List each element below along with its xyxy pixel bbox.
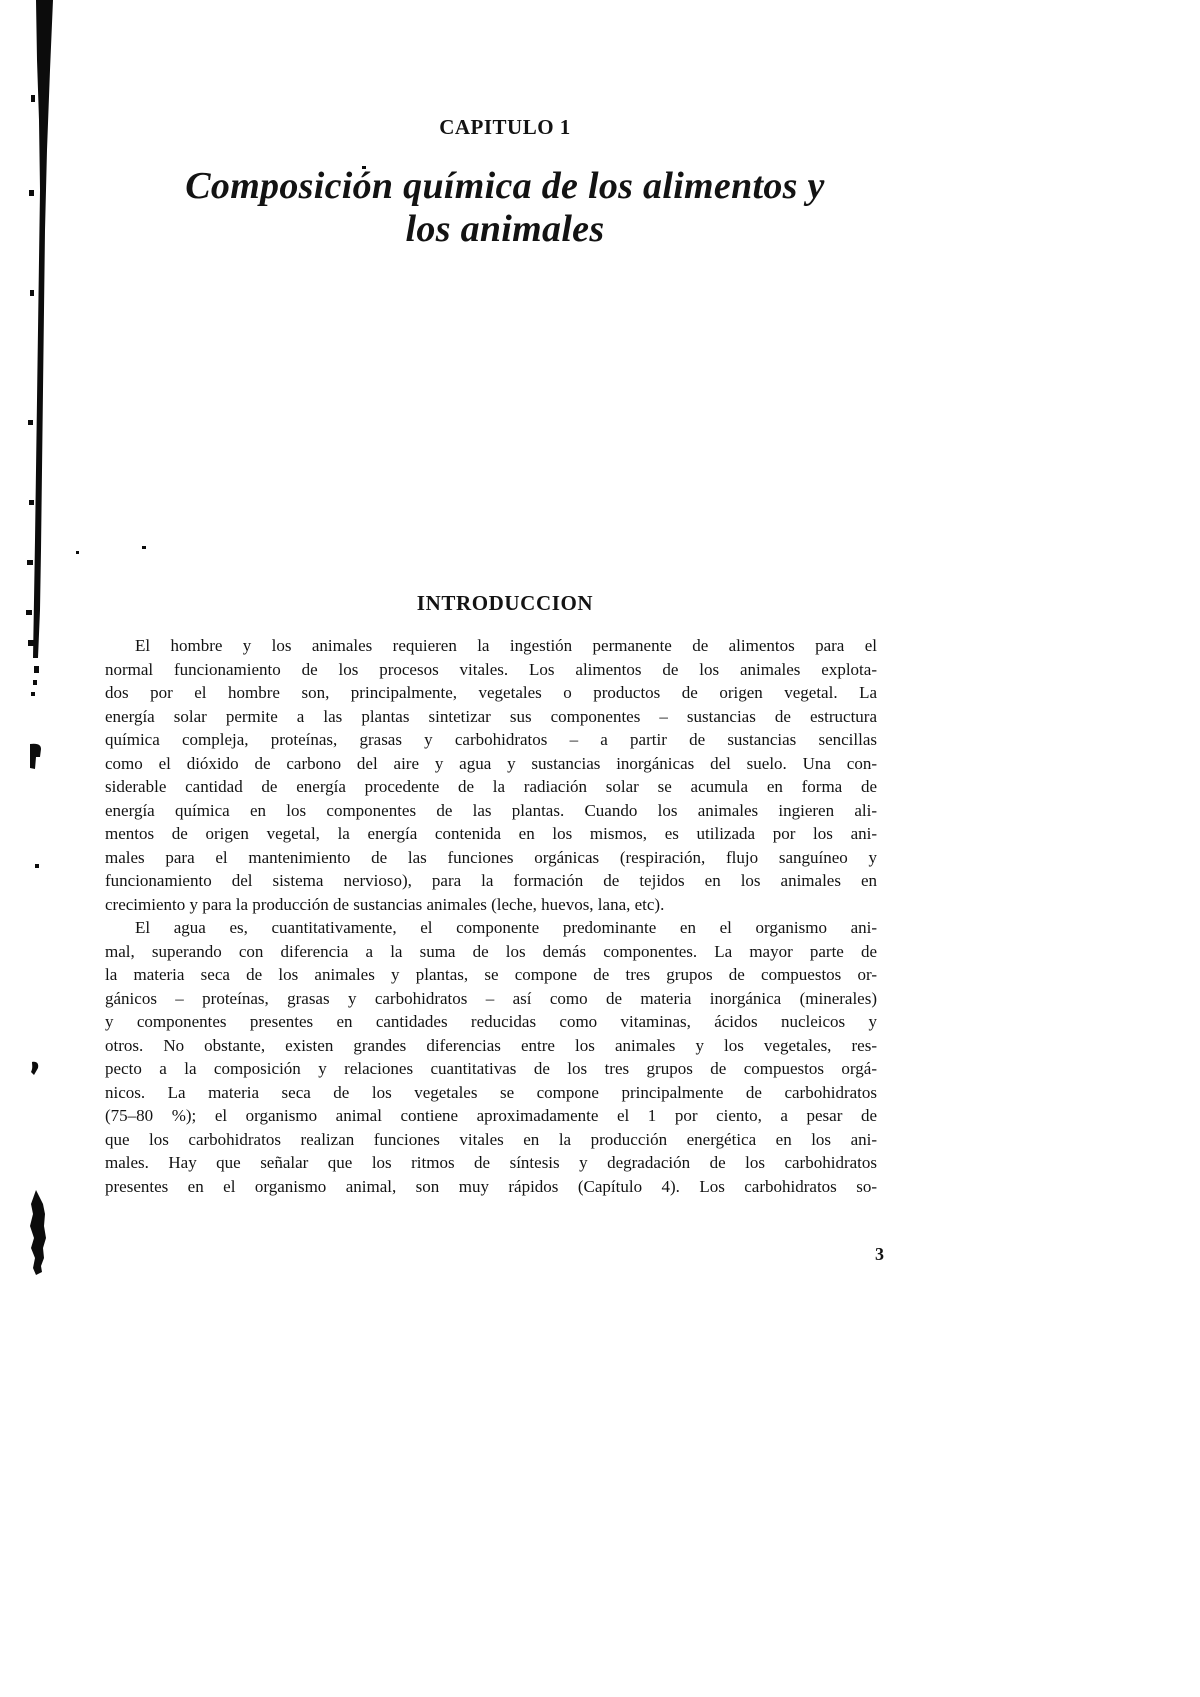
section-heading: INTRODUCCION bbox=[105, 591, 905, 616]
chapter-title-line2: los animales bbox=[406, 208, 605, 250]
body-text-line: como el dióxido de carbono del aire y ag… bbox=[105, 752, 877, 776]
chapter-label: CAPITULO 1 bbox=[105, 115, 905, 140]
body-text-line: mal, superando con diferencia a la suma … bbox=[105, 940, 877, 964]
body-text-line: mentos de origen vegetal, la energía con… bbox=[105, 822, 877, 846]
chapter-title-line1: Composición química de los alimentos y bbox=[185, 165, 824, 207]
body-text-line: males. Hay que señalar que los ritmos de… bbox=[105, 1151, 877, 1175]
body-text-line: pecto a la composición y relaciones cuan… bbox=[105, 1057, 877, 1081]
scanned-book-page: CAPITULO 1 Composición química de los al… bbox=[0, 0, 1200, 1697]
body-text-line: nicos. La materia seca de los vegetales … bbox=[105, 1081, 877, 1105]
body-text-line: energía química en los componentes de la… bbox=[105, 799, 877, 823]
scan-bar-shape bbox=[33, 0, 53, 658]
body-text-line: presentes en el organismo animal, son mu… bbox=[105, 1175, 877, 1199]
body-text-line: El agua es, cuantitativamente, el compon… bbox=[105, 916, 877, 940]
body-text-line: química compleja, proteínas, grasas y ca… bbox=[105, 728, 877, 752]
body-text-line: males para el mantenimiento de las funci… bbox=[105, 846, 877, 870]
body-text-line: El hombre y los animales requieren la in… bbox=[105, 634, 877, 658]
body-text-line: crecimiento y para la producción de sust… bbox=[105, 893, 877, 917]
paragraph: El agua es, cuantitativamente, el compon… bbox=[105, 916, 877, 1198]
body-text-line: la materia seca de los animales y planta… bbox=[105, 963, 877, 987]
body-text-line: normal funcionamiento de los procesos vi… bbox=[105, 658, 877, 682]
page-number: 3 bbox=[856, 1244, 884, 1265]
body-text-line: que los carbohidratos realizan funciones… bbox=[105, 1128, 877, 1152]
scan-blob-bottom bbox=[30, 1190, 46, 1275]
chapter-title: Composición química de los alimentos ylo… bbox=[105, 165, 905, 251]
scan-fleck-comma bbox=[31, 1062, 38, 1075]
body-text-line: (75–80 %); el organismo animal contiene … bbox=[105, 1104, 877, 1128]
body-text: El hombre y los animales requieren la in… bbox=[105, 634, 877, 1198]
body-text-line: y componentes presentes en cantidades re… bbox=[105, 1010, 877, 1034]
body-text-line: dos por el hombre son, principalmente, v… bbox=[105, 681, 877, 705]
body-text-line: otros. No obstante, existen grandes dife… bbox=[105, 1034, 877, 1058]
body-text-line: energía solar permite a las plantas sint… bbox=[105, 705, 877, 729]
body-text-line: siderable cantidad de energía procedente… bbox=[105, 775, 877, 799]
paragraph: El hombre y los animales requieren la in… bbox=[105, 634, 877, 916]
scan-blob-mid bbox=[30, 744, 41, 769]
body-text-line: gánicos – proteínas, grasas y carbohidra… bbox=[105, 987, 877, 1011]
body-text-line: funcionamiento del sistema nervioso), pa… bbox=[105, 869, 877, 893]
